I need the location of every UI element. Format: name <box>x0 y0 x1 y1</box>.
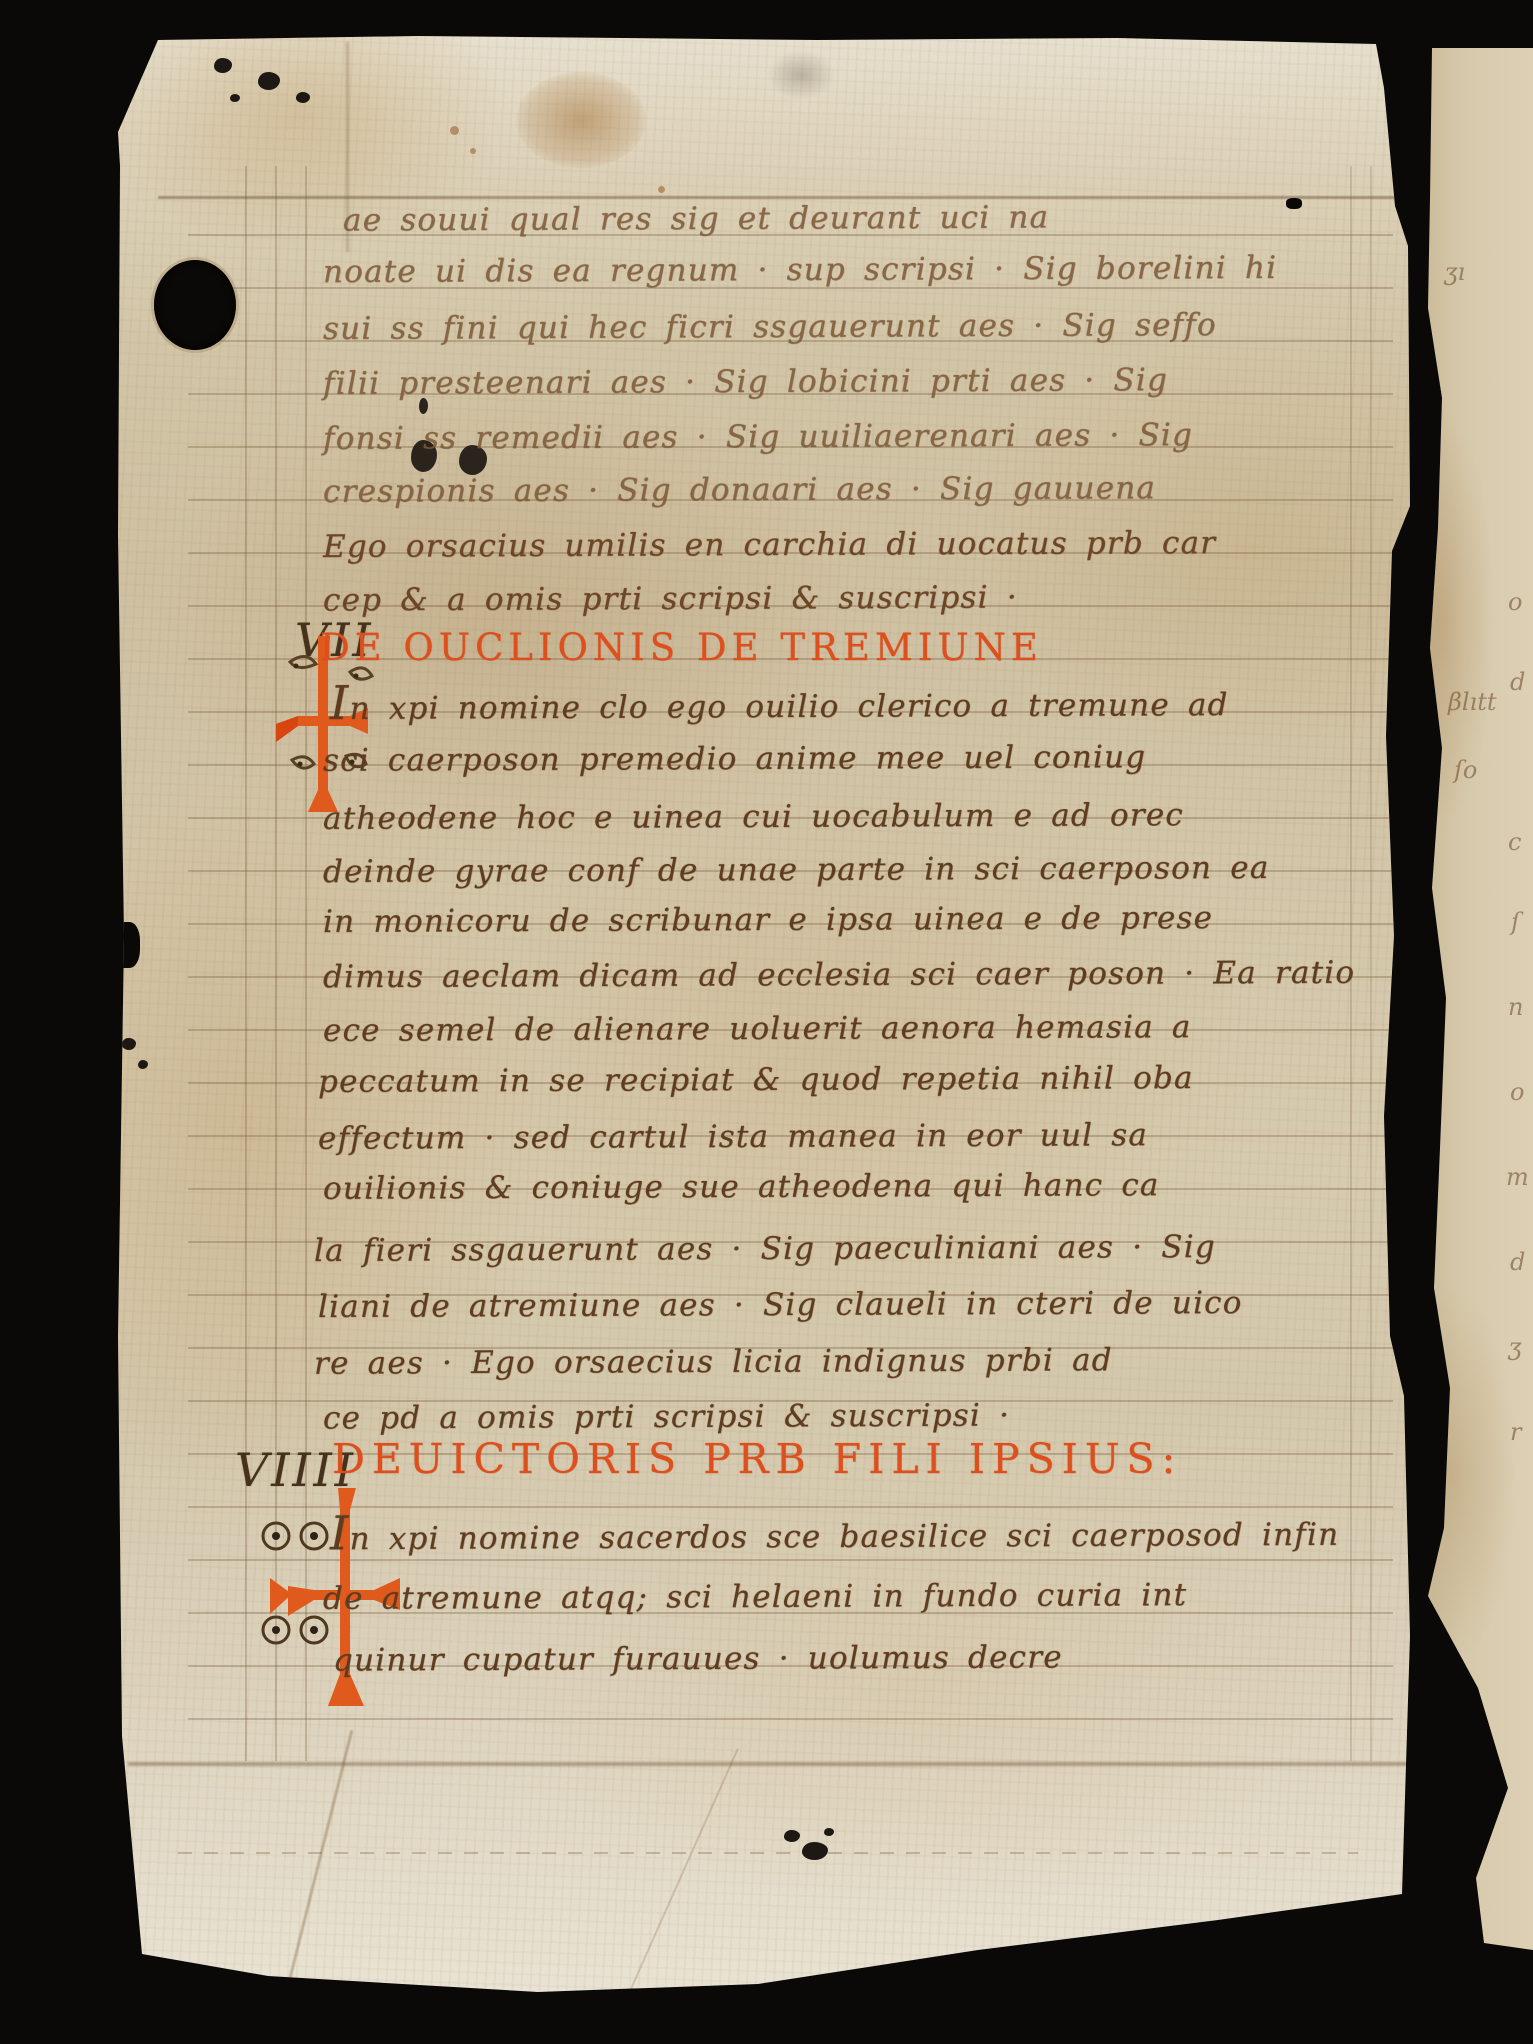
margin-rule <box>245 166 247 1761</box>
parchment-leaf: VII VIIII De ouclionis de tremiune Deuic… <box>118 36 1410 1994</box>
fragment-letter: m <box>1506 1163 1529 1191</box>
text-line: fonsi ss remedii aes · Sig uuiliaerenari… <box>323 417 1193 457</box>
fragment-letter: ʒ <box>1508 1333 1522 1361</box>
rubric-heading-2: Deuictoris prb fili ipsius: <box>332 1435 1182 1483</box>
text-line: noate ui dis ea regnum · sup scripsi · S… <box>323 250 1277 290</box>
text-line: effectum · sed cartul ista manea in eor … <box>318 1117 1148 1157</box>
text-line: de atremune atqq; sci helaeni in fundo c… <box>323 1577 1187 1617</box>
stain <box>470 148 476 154</box>
fragment-letter: ſ <box>1511 908 1520 936</box>
text-line: cep & a omis prti scripsi & suscripsi · <box>323 579 1018 618</box>
fragment-letter: ſo <box>1454 756 1477 784</box>
text-line: sui ss fini qui hec ficri ssgauerunt aes… <box>323 307 1217 347</box>
text-line: deinde gyrae conf de unae parte in sci c… <box>323 850 1270 890</box>
stain <box>450 126 459 135</box>
text-line: In xpi nomine clo ego ouilio clerico a t… <box>330 687 1229 727</box>
manuscript-photo: { "manuscript": { "chapter_numerals": { … <box>0 0 1533 2044</box>
top-border-rule <box>158 196 1398 199</box>
fragment-letter: c <box>1508 828 1521 856</box>
text-line: sci caerposon premedio anime mee uel con… <box>323 739 1146 779</box>
edge-damage <box>114 922 140 968</box>
text-line: atheodene hoc e uinea cui uocabulum e ad… <box>323 797 1184 837</box>
text-line: dimus aeclam dicam ad ecclesia sci caer … <box>323 955 1355 996</box>
text-line: peccatum in se recipiat & quod repetia n… <box>318 1060 1194 1100</box>
wormhole <box>1286 198 1302 209</box>
text-line: ce pd a omis prti scripsi & suscripsi · <box>323 1398 1010 1437</box>
fragment-letter: o <box>1508 588 1522 616</box>
fragment-letter: r <box>1510 1418 1521 1446</box>
text-line: in monicoru de scribunar e ipsa uinea e … <box>323 900 1213 940</box>
text-line: re aes · Ego orsaecius licia indignus pr… <box>314 1342 1113 1381</box>
fold-line <box>128 1762 1410 1766</box>
fragment-letter: d <box>1510 1248 1525 1276</box>
fragment-letter: βlıtt <box>1448 688 1497 716</box>
stain <box>658 186 665 193</box>
stain <box>766 50 836 100</box>
text-line: ece semel de alienare uoluerit aenora he… <box>323 1009 1192 1049</box>
text-line: quinur cupatur furauues · uolumus decre <box>333 1639 1063 1678</box>
text-line: filii presteenari aes · Sig lobicini prt… <box>323 362 1168 402</box>
stain <box>516 72 646 168</box>
adjacent-leaf-fragment: ʒı βlıtt ſo o d c ſ n o m d ʒ r <box>1418 48 1533 1950</box>
fragment-letter: o <box>1510 1078 1524 1106</box>
fragment-letter: d <box>1510 668 1525 696</box>
faint-rule <box>178 1852 1358 1854</box>
margin-rule <box>1370 166 1372 1761</box>
text-line: ae souui qual res sig et deurant uci na <box>343 199 1049 238</box>
rubric-heading-1: De ouclionis de tremiune <box>320 626 1043 669</box>
text-line: la fieri ssgauerunt aes · Sig paeculinia… <box>314 1229 1216 1269</box>
text-line: ouilionis & coniuge sue atheodena qui ha… <box>323 1167 1160 1207</box>
text-line: In xpi nomine sacerdos sce baesilice sci… <box>330 1517 1339 1557</box>
binding-hole <box>154 260 236 350</box>
fragment-letter: n <box>1508 993 1523 1021</box>
text-line: Ego orsacius umilis en carchia di uocatu… <box>323 525 1216 565</box>
fragment-letter: ʒı <box>1444 258 1465 286</box>
text-line: crespionis aes · Sig donaari aes · Sig g… <box>323 470 1156 510</box>
text-line: liani de atremiune aes · Sig claueli in … <box>318 1285 1243 1325</box>
